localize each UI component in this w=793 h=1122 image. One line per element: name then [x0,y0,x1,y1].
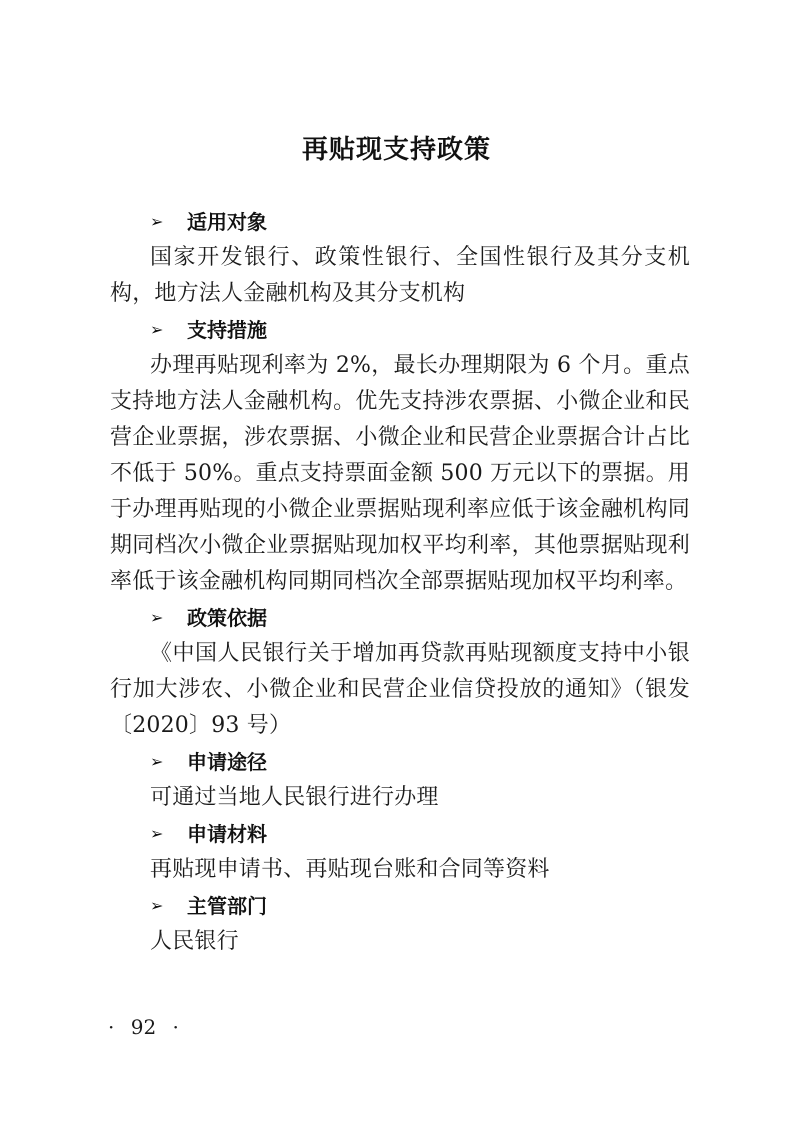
section-body-policy-basis: 《中国人民银行关于增加再贷款再贴现额度支持中小银行加大涉农、小微企业和民营企业信… [110,636,690,744]
section-heading-applicable-targets: ➢ 适用对象 [110,204,690,240]
arrow-bullet-icon: ➢ [150,744,163,780]
arrow-bullet-icon: ➢ [150,204,163,240]
section-heading-support-measures: ➢ 支持措施 [110,312,690,348]
arrow-bullet-icon: ➢ [150,312,163,348]
section-heading-label: 申请材料 [187,816,267,852]
section-heading-competent-department: ➢ 主管部门 [110,888,690,924]
arrow-bullet-icon: ➢ [150,600,163,636]
section-heading-label: 支持措施 [187,312,267,348]
section-heading-application-materials: ➢ 申请材料 [110,816,690,852]
page-number: · 92 · [108,1013,179,1041]
section-heading-label: 政策依据 [187,600,267,636]
arrow-bullet-icon: ➢ [150,888,163,924]
section-heading-policy-basis: ➢ 政策依据 [110,600,690,636]
section-body-application-channel: 可通过当地人民银行进行办理 [110,780,690,816]
section-heading-application-channel: ➢ 申请途径 [110,744,690,780]
section-heading-label: 申请途径 [187,744,267,780]
section-heading-label: 适用对象 [187,204,267,240]
arrow-bullet-icon: ➢ [150,816,163,852]
section-body-support-measures: 办理再贴现利率为 2%，最长办理期限为 6 个月。重点支持地方法人金融机构。优先… [110,348,690,600]
page-title: 再贴现支持政策 [0,130,793,170]
section-heading-label: 主管部门 [187,888,267,924]
section-body-applicable-targets: 国家开发银行、政策性银行、全国性银行及其分支机构，地方法人金融机构及其分支机构 [110,240,690,312]
section-body-competent-department: 人民银行 [110,924,690,960]
document-body: ➢ 适用对象 国家开发银行、政策性银行、全国性银行及其分支机构，地方法人金融机构… [110,204,690,960]
section-body-application-materials: 再贴现申请书、再贴现台账和合同等资料 [110,852,690,888]
